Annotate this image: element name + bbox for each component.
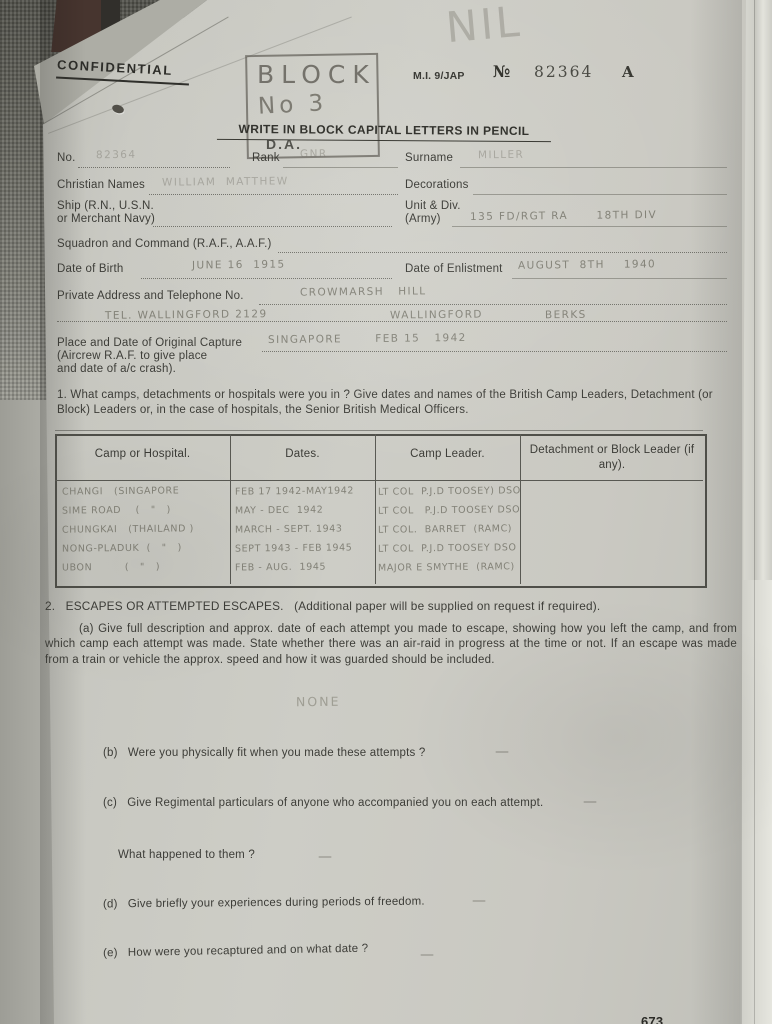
field-line xyxy=(141,277,392,279)
field-line xyxy=(473,193,727,195)
capture-label-3: and date of a/c crash). xyxy=(57,363,176,375)
question-2a-text: (a) Give full description and approx. da… xyxy=(45,622,737,668)
table-row-camp: CHUNGKAI (THAILAND ) xyxy=(62,523,194,535)
address-value-2a: TEL. WALLINGFORD 2129 xyxy=(105,308,268,322)
christian-names-value: WILLIAM MATTHEW xyxy=(162,175,289,188)
field-line xyxy=(452,225,727,227)
table-row-camp: NONG-PLADUK ( " ) xyxy=(62,542,182,554)
ship-label: Ship (R.N., U.S.N. xyxy=(57,200,154,212)
table-row-dates: SEPT 1943 - FEB 1945 xyxy=(235,542,353,554)
ship-label-2: or Merchant Navy) xyxy=(57,213,155,225)
unit-div-label: Unit & Div. xyxy=(405,200,461,212)
surname-value: MILLER xyxy=(478,149,524,161)
address-value-2b: WALLINGFORD xyxy=(390,309,483,322)
page-edge-line xyxy=(754,0,755,1024)
question-2c-text: (c) Give Regimental particulars of anyon… xyxy=(103,797,543,809)
decorations-label: Decorations xyxy=(405,179,469,191)
pencil-dash: — xyxy=(318,849,332,865)
escape-answer: NONE xyxy=(296,694,341,709)
instruction-heading: WRITE IN BLOCK CAPITAL LETTERS IN PENCIL xyxy=(217,122,551,142)
table-row-leader: LT COL P.J.D TOOSEY) DSO xyxy=(378,485,521,497)
table-row-leader: LT COL P.J.D TOOSEY DSO xyxy=(378,504,520,516)
field-line xyxy=(78,166,230,168)
question-2c2-text: What happened to them ? xyxy=(118,849,255,861)
pencil-dash: — xyxy=(495,744,509,760)
rank-value: GNR xyxy=(300,148,328,160)
field-line xyxy=(262,350,727,352)
surname-label: Surname xyxy=(405,152,453,164)
unit-div-value: 135 FD/RGT RA 18TH DIV xyxy=(470,209,657,223)
field-line xyxy=(283,166,398,168)
table-row-camp: UBON ( " ) xyxy=(62,561,160,573)
series-letter: A xyxy=(622,63,634,81)
date-of-birth-value: JUNE 16 1915 xyxy=(192,259,286,272)
table-row-dates: MAY - DEC 1942 xyxy=(235,505,324,517)
no-label: No. xyxy=(57,152,76,164)
enlistment-label: Date of Enlistment xyxy=(405,263,503,275)
table-row-dates: FEB 17 1942-MAY1942 xyxy=(235,485,354,497)
field-line xyxy=(460,166,727,168)
field-line xyxy=(153,225,392,227)
field-line xyxy=(512,277,727,279)
date-of-birth-label: Date of Birth xyxy=(57,263,124,275)
address-value-1: CROWMARSH HILL xyxy=(300,285,427,298)
field-line xyxy=(278,251,727,253)
table-row-dates: MARCH - SEPT. 1943 xyxy=(235,523,343,535)
question-2-heading: 2. ESCAPES OR ATTEMPTED ESCAPES. (Additi… xyxy=(45,599,600,613)
enlistment-value: AUGUST 8TH 1940 xyxy=(518,258,656,271)
form-reference: M.I. 9/JAP xyxy=(413,70,465,82)
squadron-label: Squadron and Command (R.A.F., A.A.F.) xyxy=(57,238,272,250)
table-row-camp: SIME ROAD ( " ) xyxy=(62,504,171,516)
table-header-line xyxy=(55,480,703,481)
christian-names-label: Christian Names xyxy=(57,179,145,191)
pencil-dash: — xyxy=(583,794,597,810)
table-row-leader: LT COL P.J.D TOOSEY DSO xyxy=(378,542,517,554)
table-row-camp: CHANGI (SINGAPORE xyxy=(62,485,179,497)
nil-annotation: NIL xyxy=(444,0,524,52)
capture-label: Place and Date of Original Capture xyxy=(57,337,242,349)
serial-number: 82364 xyxy=(534,63,593,81)
pencil-dash: — xyxy=(472,893,486,909)
question-2b-text: (b) Were you physically fit when you mad… xyxy=(103,747,425,759)
capture-value: SINGAPORE FEB 15 1942 xyxy=(268,332,467,346)
address-value-2c: BERKS xyxy=(545,309,587,321)
number-symbol: № xyxy=(493,62,511,81)
col-header-block-leader: Detachment or Block Leader (if any). xyxy=(527,443,697,474)
table-row-leader: LT COL. BARRET (RAMC) xyxy=(378,523,512,535)
table-row-dates: FEB - AUG. 1945 xyxy=(235,562,326,574)
stacked-page-edge xyxy=(742,580,772,1024)
col-header-dates: Dates. xyxy=(230,448,375,460)
pencil-dash: — xyxy=(420,947,434,963)
field-line xyxy=(259,303,727,305)
address-label: Private Address and Telephone No. xyxy=(57,290,244,302)
rank-label: Rank xyxy=(252,152,280,164)
table-top-rule xyxy=(55,430,703,431)
question-1-text: 1. What camps, detachments or hospitals … xyxy=(57,388,729,419)
no-value: 82364 xyxy=(96,149,137,161)
block-stamp-text: BLOCK xyxy=(257,60,376,89)
capture-label-2: (Aircrew R.A.F. to give place xyxy=(57,350,207,362)
scanned-pow-questionnaire: CONFIDENTIAL NIL BLOCK No 3 D.A. M.I. 9/… xyxy=(0,0,772,1024)
block-stamp-number: No 3 xyxy=(257,90,328,120)
field-line xyxy=(149,193,398,195)
table-column-line xyxy=(520,434,521,584)
unit-div-label-2: (Army) xyxy=(405,213,441,225)
col-header-leader: Camp Leader. xyxy=(375,448,520,460)
page-number-partial: 673 xyxy=(641,1014,663,1024)
col-header-camp: Camp or Hospital. xyxy=(55,448,230,460)
table-row-leader: MAJOR E SMYTHE (RAMC) xyxy=(378,561,515,573)
